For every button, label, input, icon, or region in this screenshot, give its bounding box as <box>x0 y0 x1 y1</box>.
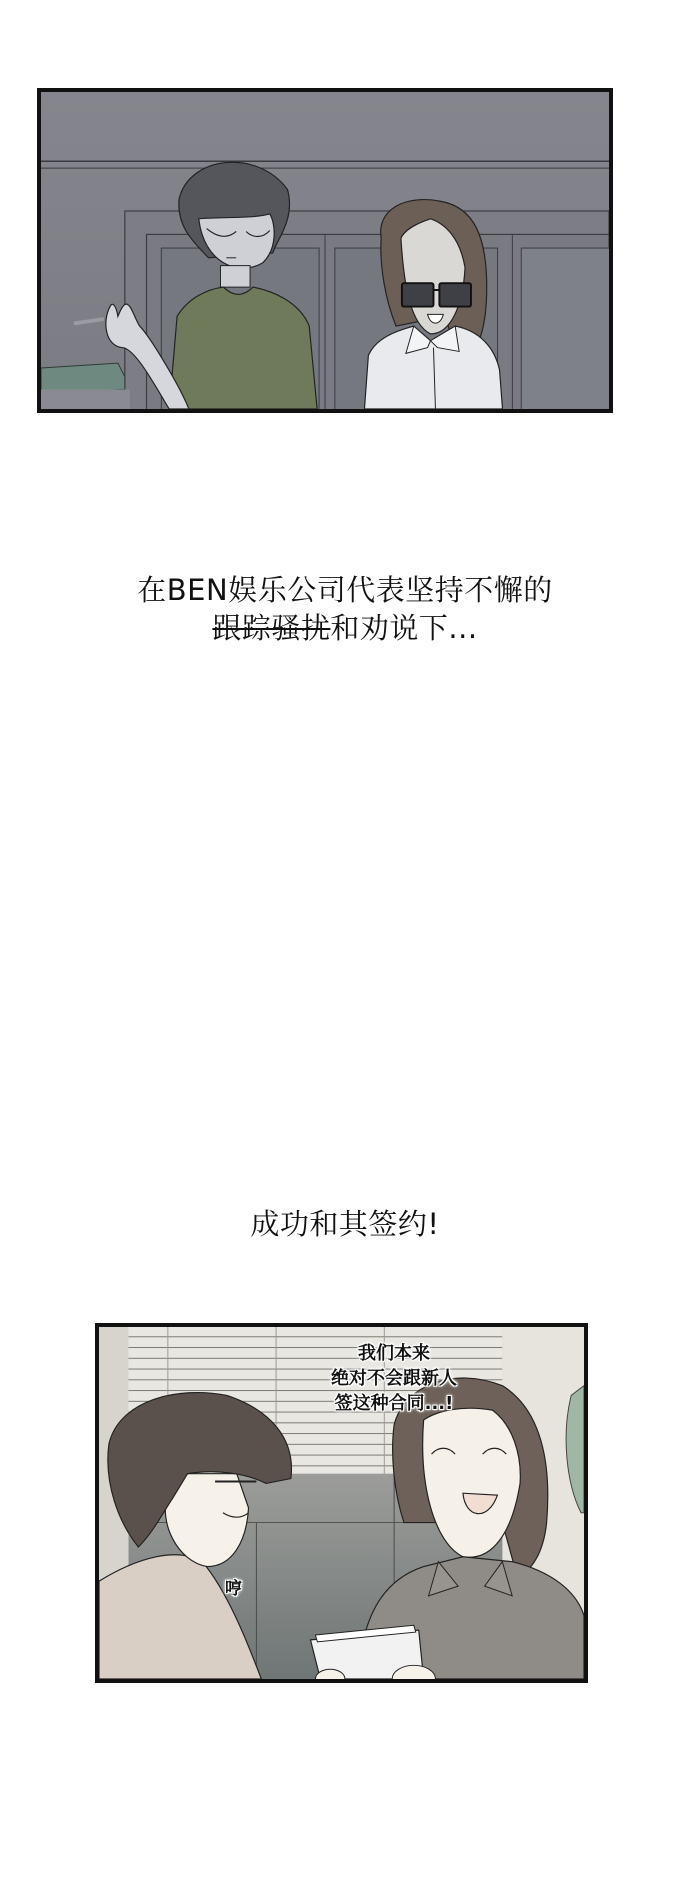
hallway-scene-illustration <box>41 92 609 409</box>
speech-bubble-text: 我们本来 绝对不会跟新人 签这种合同...! <box>294 1341 494 1416</box>
sound-effect-text: 哼 <box>225 1577 242 1602</box>
speech-line: 签这种合同...! <box>294 1391 494 1416</box>
speech-line: 绝对不会跟新人 <box>294 1366 494 1391</box>
comic-panel-2: 我们本来 绝对不会跟新人 签这种合同...! 哼 <box>95 1323 588 1683</box>
narration-text-1: 在BEN娱乐公司代表坚持不懈的 跟踪骚扰和劝说下... <box>0 571 690 647</box>
comic-panel-1 <box>37 88 613 413</box>
narration-text-2: 成功和其签约! <box>0 1205 690 1243</box>
strikethrough-text: 跟踪骚扰 <box>212 611 330 645</box>
narration-line: 跟踪骚扰和劝说下... <box>0 609 690 647</box>
narration-line: 在BEN娱乐公司代表坚持不懈的 <box>0 571 690 609</box>
narration-text: 和劝说下... <box>330 611 477 645</box>
speech-line: 我们本来 <box>294 1341 494 1366</box>
